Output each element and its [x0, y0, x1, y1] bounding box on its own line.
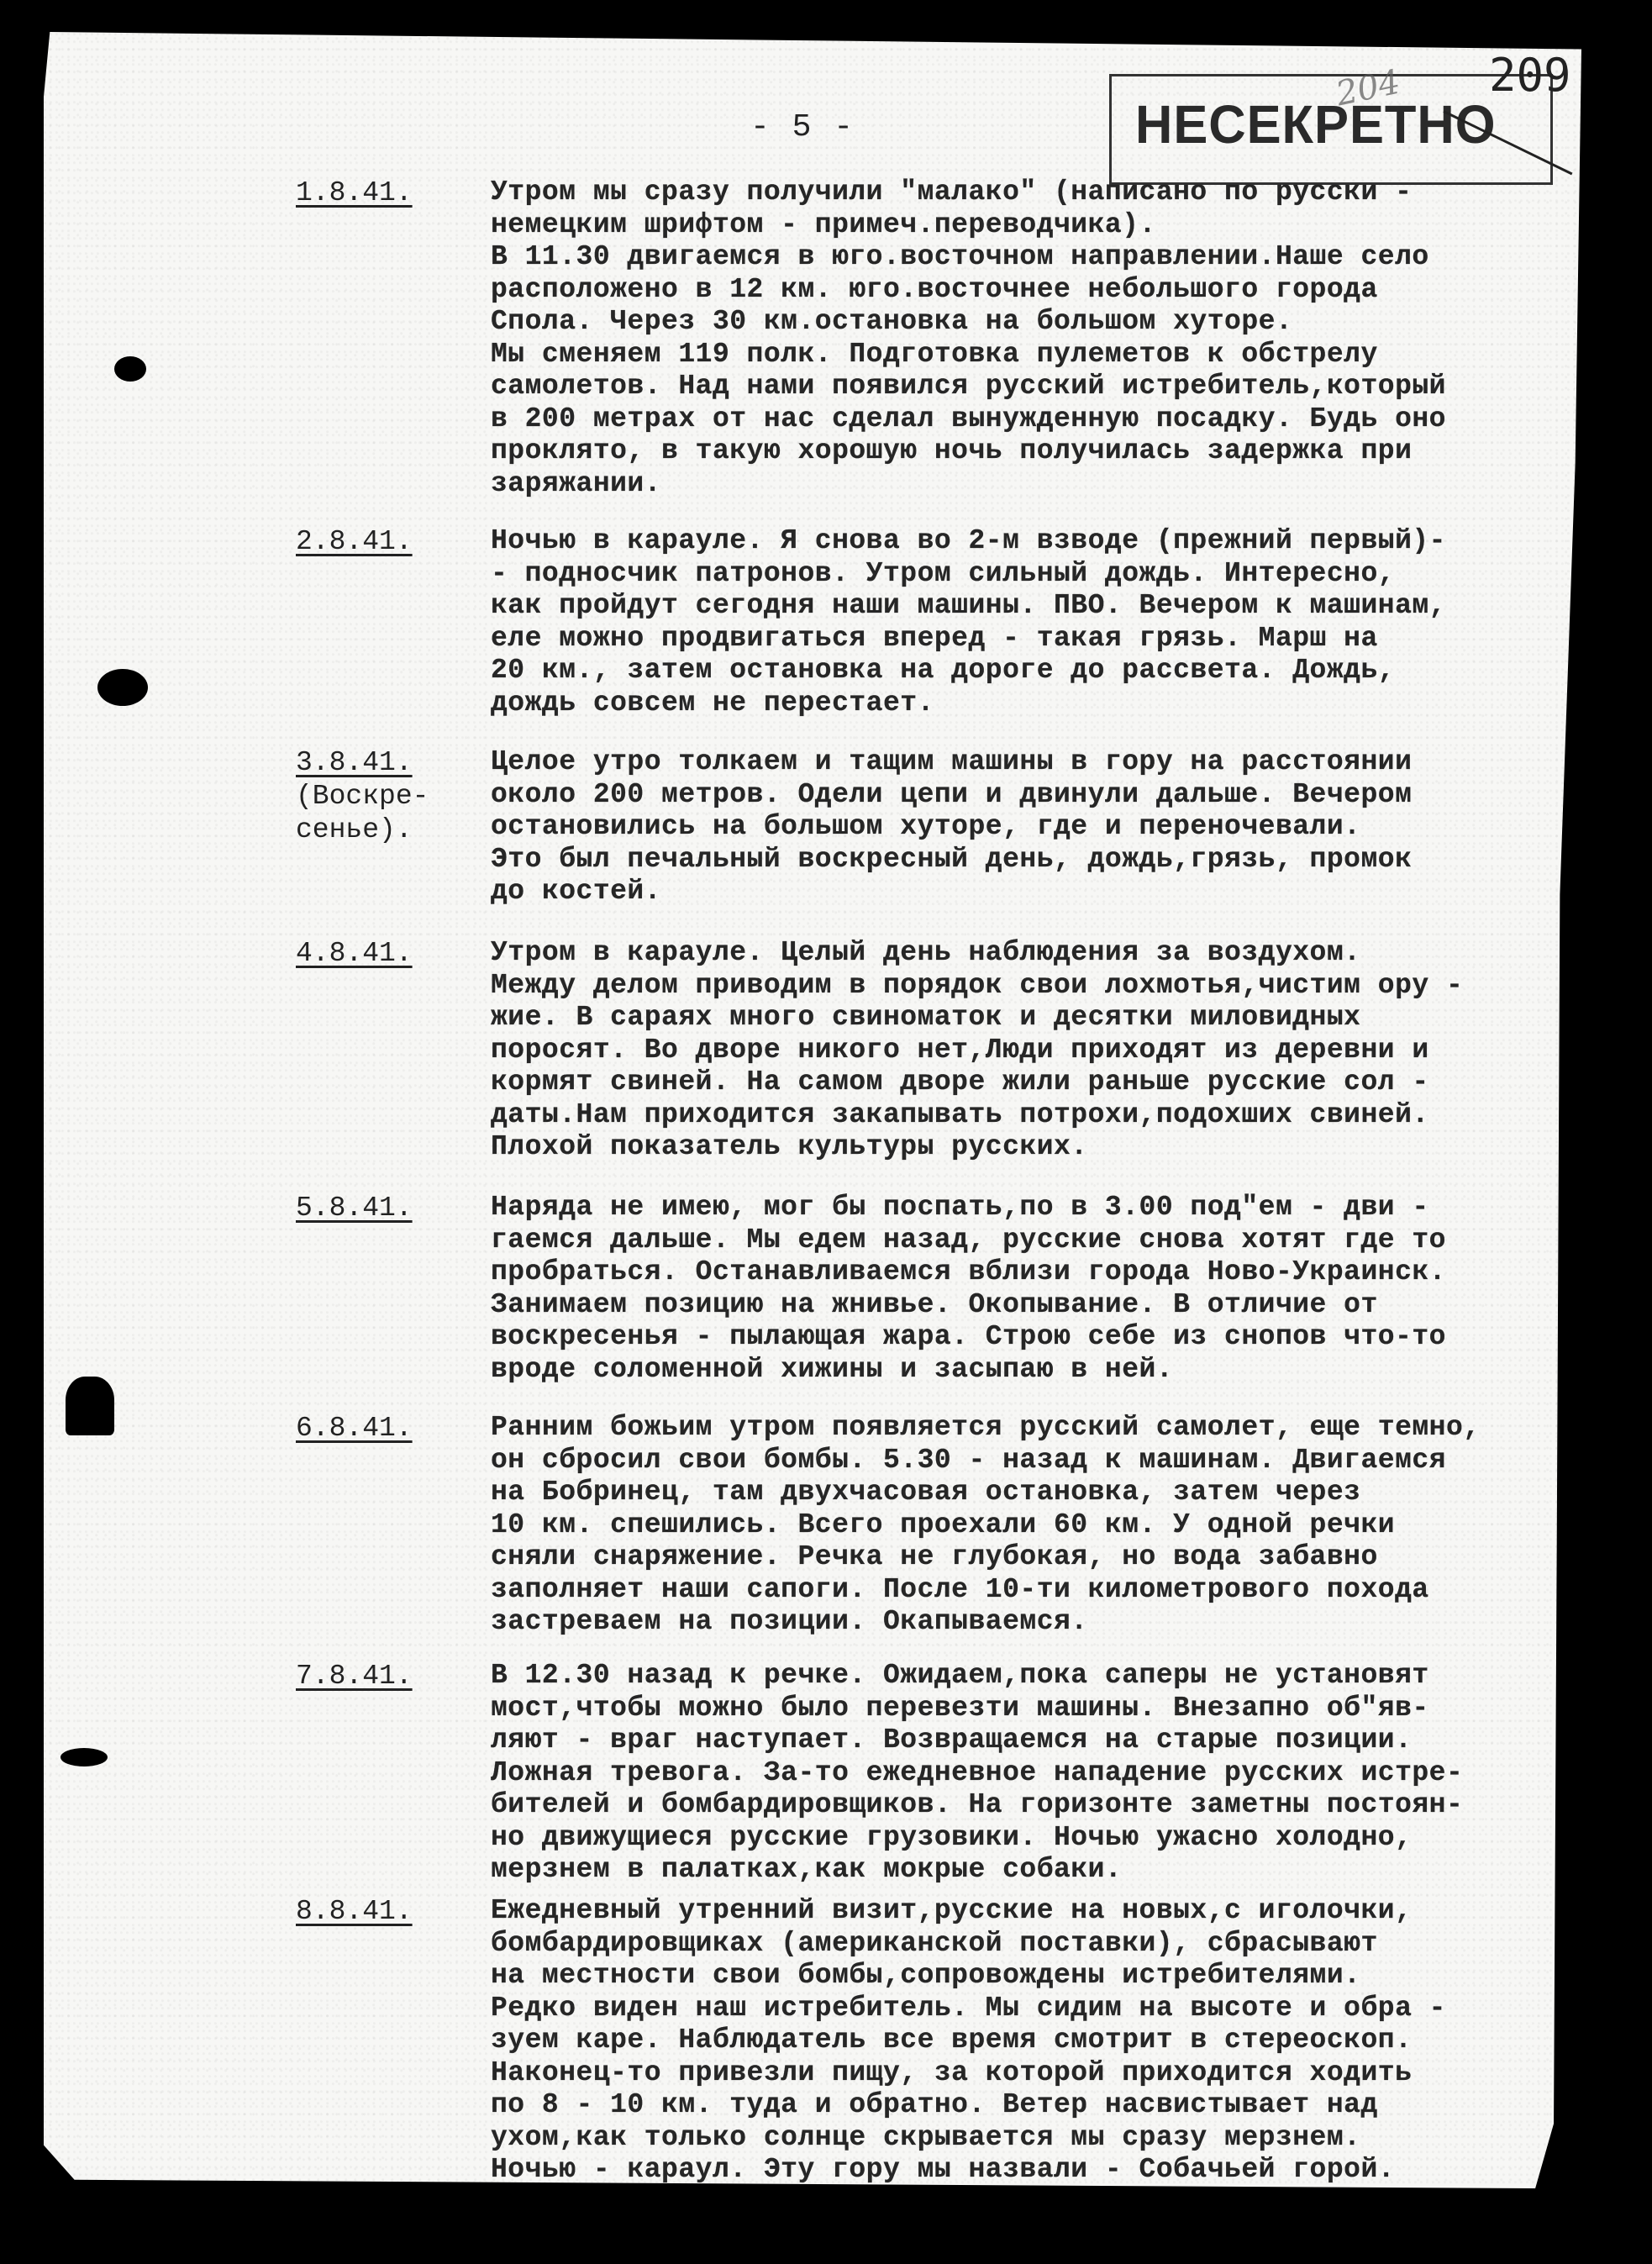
entry-line: по 8 - 10 км. туда и обратно. Ветер насв…: [491, 2089, 1446, 2122]
entry-line: Мы сменяем 119 полк. Подготовка пулемето…: [491, 339, 1446, 371]
punch-hole: [114, 356, 146, 382]
entry-line: ухом,как только солнце скрывается мы сра…: [491, 2122, 1446, 2155]
entry-date: 4.8.41.: [296, 937, 447, 971]
classification-stamp: НЕСЕКРЕТНО: [1109, 74, 1553, 185]
entry-body: Наряда не имею, мог бы поспать,по в 3.00…: [491, 1192, 1446, 1386]
entry-line: немецким шрифтом - примеч.переводчика).: [491, 209, 1446, 242]
entry-date-text: 2.8.41.: [296, 526, 413, 557]
entry-line: самолетов. Над нами появился русский ист…: [491, 371, 1446, 403]
entry-line: Между делом приводим в порядок свои лохм…: [491, 970, 1463, 1003]
entry-line: Это был печальный воскресный день, дождь…: [491, 844, 1412, 877]
entry-date-note: (Воскре-: [296, 780, 447, 813]
entry-line: до костей.: [491, 876, 1412, 908]
entry-line: - подносчик патронов. Утром сильный дожд…: [491, 558, 1446, 591]
entry-body: Утром в карауле. Целый день наблюдения з…: [491, 937, 1463, 1164]
entry-body: Ранним божьим утром появляется русский с…: [491, 1412, 1481, 1639]
entry-date: 7.8.41.: [296, 1660, 447, 1693]
entry-line: дождь совсем не перестает.: [491, 687, 1446, 720]
punch-hole: [97, 669, 148, 706]
entry-line: бомбардировщиках (американской поставки)…: [491, 1928, 1446, 1961]
entry-line: проклято, в такую хорошую ночь получилас…: [491, 435, 1446, 468]
entry-line: сняли снаряжение. Речка не глубокая, но …: [491, 1541, 1481, 1574]
entry-body: Ежедневный утренний визит,русские на нов…: [491, 1895, 1446, 2187]
page-marker: - 5 -: [750, 109, 855, 145]
entry-date-text: 6.8.41.: [296, 1413, 413, 1444]
entry-line: на Бобринец, там двухчасовая остановка, …: [491, 1477, 1481, 1509]
entry-date-text: 7.8.41.: [296, 1661, 413, 1692]
entry-body: Целое утро толкаем и тащим машины в гору…: [491, 746, 1412, 908]
entry-date: 1.8.41.: [296, 176, 447, 210]
entry-date-note: сенье).: [296, 813, 447, 847]
entry-line: около 200 метров. Одели цепи и двинули д…: [491, 779, 1412, 812]
entry-date-text: 1.8.41.: [296, 177, 413, 208]
entry-line: Спола. Через 30 км.остановка на большом …: [491, 306, 1446, 339]
entry-line: расположено в 12 км. юго.восточнее небол…: [491, 274, 1446, 307]
entry-line: вроде соломенной хижины и засыпаю в ней.: [491, 1354, 1446, 1387]
entry-line: Ночью в карауле. Я снова во 2-м взводе (…: [491, 525, 1446, 558]
entry-line: Занимаем позицию на жнивье. Окопывание. …: [491, 1289, 1446, 1322]
entry-line: Утром мы сразу получили "малако" (написа…: [491, 176, 1446, 209]
punch-hole: [66, 1377, 114, 1435]
entry-date: 3.8.41.(Воскре-сенье).: [296, 746, 447, 847]
entry-line: Наряда не имею, мог бы поспать,по в 3.00…: [491, 1192, 1446, 1224]
entry-date-text: 4.8.41.: [296, 938, 413, 969]
sheet-number: 209: [1489, 49, 1571, 102]
entry-line: мост,чтобы можно было перевезти машины. …: [491, 1693, 1463, 1725]
entry-line: заполняет наши сапоги. После 10-ти килом…: [491, 1574, 1481, 1607]
entry-line: Ранним божьим утром появляется русский с…: [491, 1412, 1481, 1445]
entry-line: поросят. Во дворе никого нет,Люди приход…: [491, 1035, 1463, 1067]
entry-line: Ежедневный утренний визит,русские на нов…: [491, 1895, 1446, 1928]
entry-date: 6.8.41.: [296, 1412, 447, 1445]
entry-line: Утром в карауле. Целый день наблюдения з…: [491, 937, 1463, 970]
entry-date: 5.8.41.: [296, 1192, 447, 1225]
entry-line: как пройдут сегодня наши машины. ПВО. Ве…: [491, 590, 1446, 623]
entry-line: жие. В сараях много свиноматок и десятки…: [491, 1002, 1463, 1035]
entry-line: бителей и бомбардировщиков. На горизонте…: [491, 1789, 1463, 1822]
entry-line: ляют - враг наступает. Возвращаемся на с…: [491, 1724, 1463, 1757]
entry-line: пробраться. Останавливаемся вблизи город…: [491, 1256, 1446, 1289]
entry-line: Ночью - караул. Эту гору мы назвали - Со…: [491, 2154, 1446, 2187]
entry-line: в 200 метрах от нас сделал вынужденную п…: [491, 403, 1446, 436]
entry-line: Редко виден наш истребитель. Мы сидим на…: [491, 1993, 1446, 2025]
entry-line: мерзнем в палатках,как мокрые собаки.: [491, 1854, 1463, 1887]
entry-line: кормят свиней. На самом дворе жили раньш…: [491, 1066, 1463, 1099]
entry-line: даты.Нам приходится закапывать потрохи,п…: [491, 1099, 1463, 1132]
stamp-text: НЕСЕКРЕТНО: [1135, 93, 1496, 155]
entry-line: Ложная тревога. За-то ежедневное нападен…: [491, 1757, 1463, 1790]
entry-line: Наконец-то привезли пищу, за которой при…: [491, 2057, 1446, 2090]
entry-date-text: 8.8.41.: [296, 1896, 413, 1927]
entry-line: он сбросил свои бомбы. 5.30 - назад к ма…: [491, 1445, 1481, 1477]
entry-line: гаемся дальше. Мы едем назад, русские сн…: [491, 1224, 1446, 1257]
entry-date: 2.8.41.: [296, 525, 447, 559]
entry-body: Утром мы сразу получили "малако" (написа…: [491, 176, 1446, 500]
entry-line: еле можно продвигаться вперед - такая гр…: [491, 623, 1446, 656]
entry-line: 20 км., затем остановка на дороге до рас…: [491, 655, 1446, 687]
entry-date-text: 5.8.41.: [296, 1193, 413, 1224]
entry-line: 10 км. спешились. Всего проехали 60 км. …: [491, 1509, 1481, 1542]
entry-line: застреваем на позиции. Окапываемся.: [491, 1606, 1481, 1639]
entry-line: В 12.30 назад к речке. Ожидаем,пока сапе…: [491, 1660, 1463, 1693]
entry-date: 8.8.41.: [296, 1895, 447, 1929]
entry-date-text: 3.8.41.: [296, 747, 413, 778]
entry-line: В 11.30 двигаемся в юго.восточном направ…: [491, 241, 1446, 274]
entry-line: но движущиеся русские грузовики. Ночью у…: [491, 1822, 1463, 1855]
punch-hole: [61, 1748, 108, 1766]
entry-body: Ночью в карауле. Я снова во 2-м взводе (…: [491, 525, 1446, 719]
entry-line: воскресенья - пылающая жара. Строю себе …: [491, 1321, 1446, 1354]
entry-line: Плохой показатель культуры русских.: [491, 1131, 1463, 1164]
entry-body: В 12.30 назад к речке. Ожидаем,пока сапе…: [491, 1660, 1463, 1887]
entry-line: остановились на большом хуторе, где и пе…: [491, 811, 1412, 844]
entry-line: Целое утро толкаем и тащим машины в гору…: [491, 746, 1412, 779]
entry-line: заряжании.: [491, 468, 1446, 501]
entry-line: на местности свои бомбы,сопровождены ист…: [491, 1960, 1446, 1993]
entry-line: зуем каре. Наблюдатель все время смотрит…: [491, 2024, 1446, 2057]
